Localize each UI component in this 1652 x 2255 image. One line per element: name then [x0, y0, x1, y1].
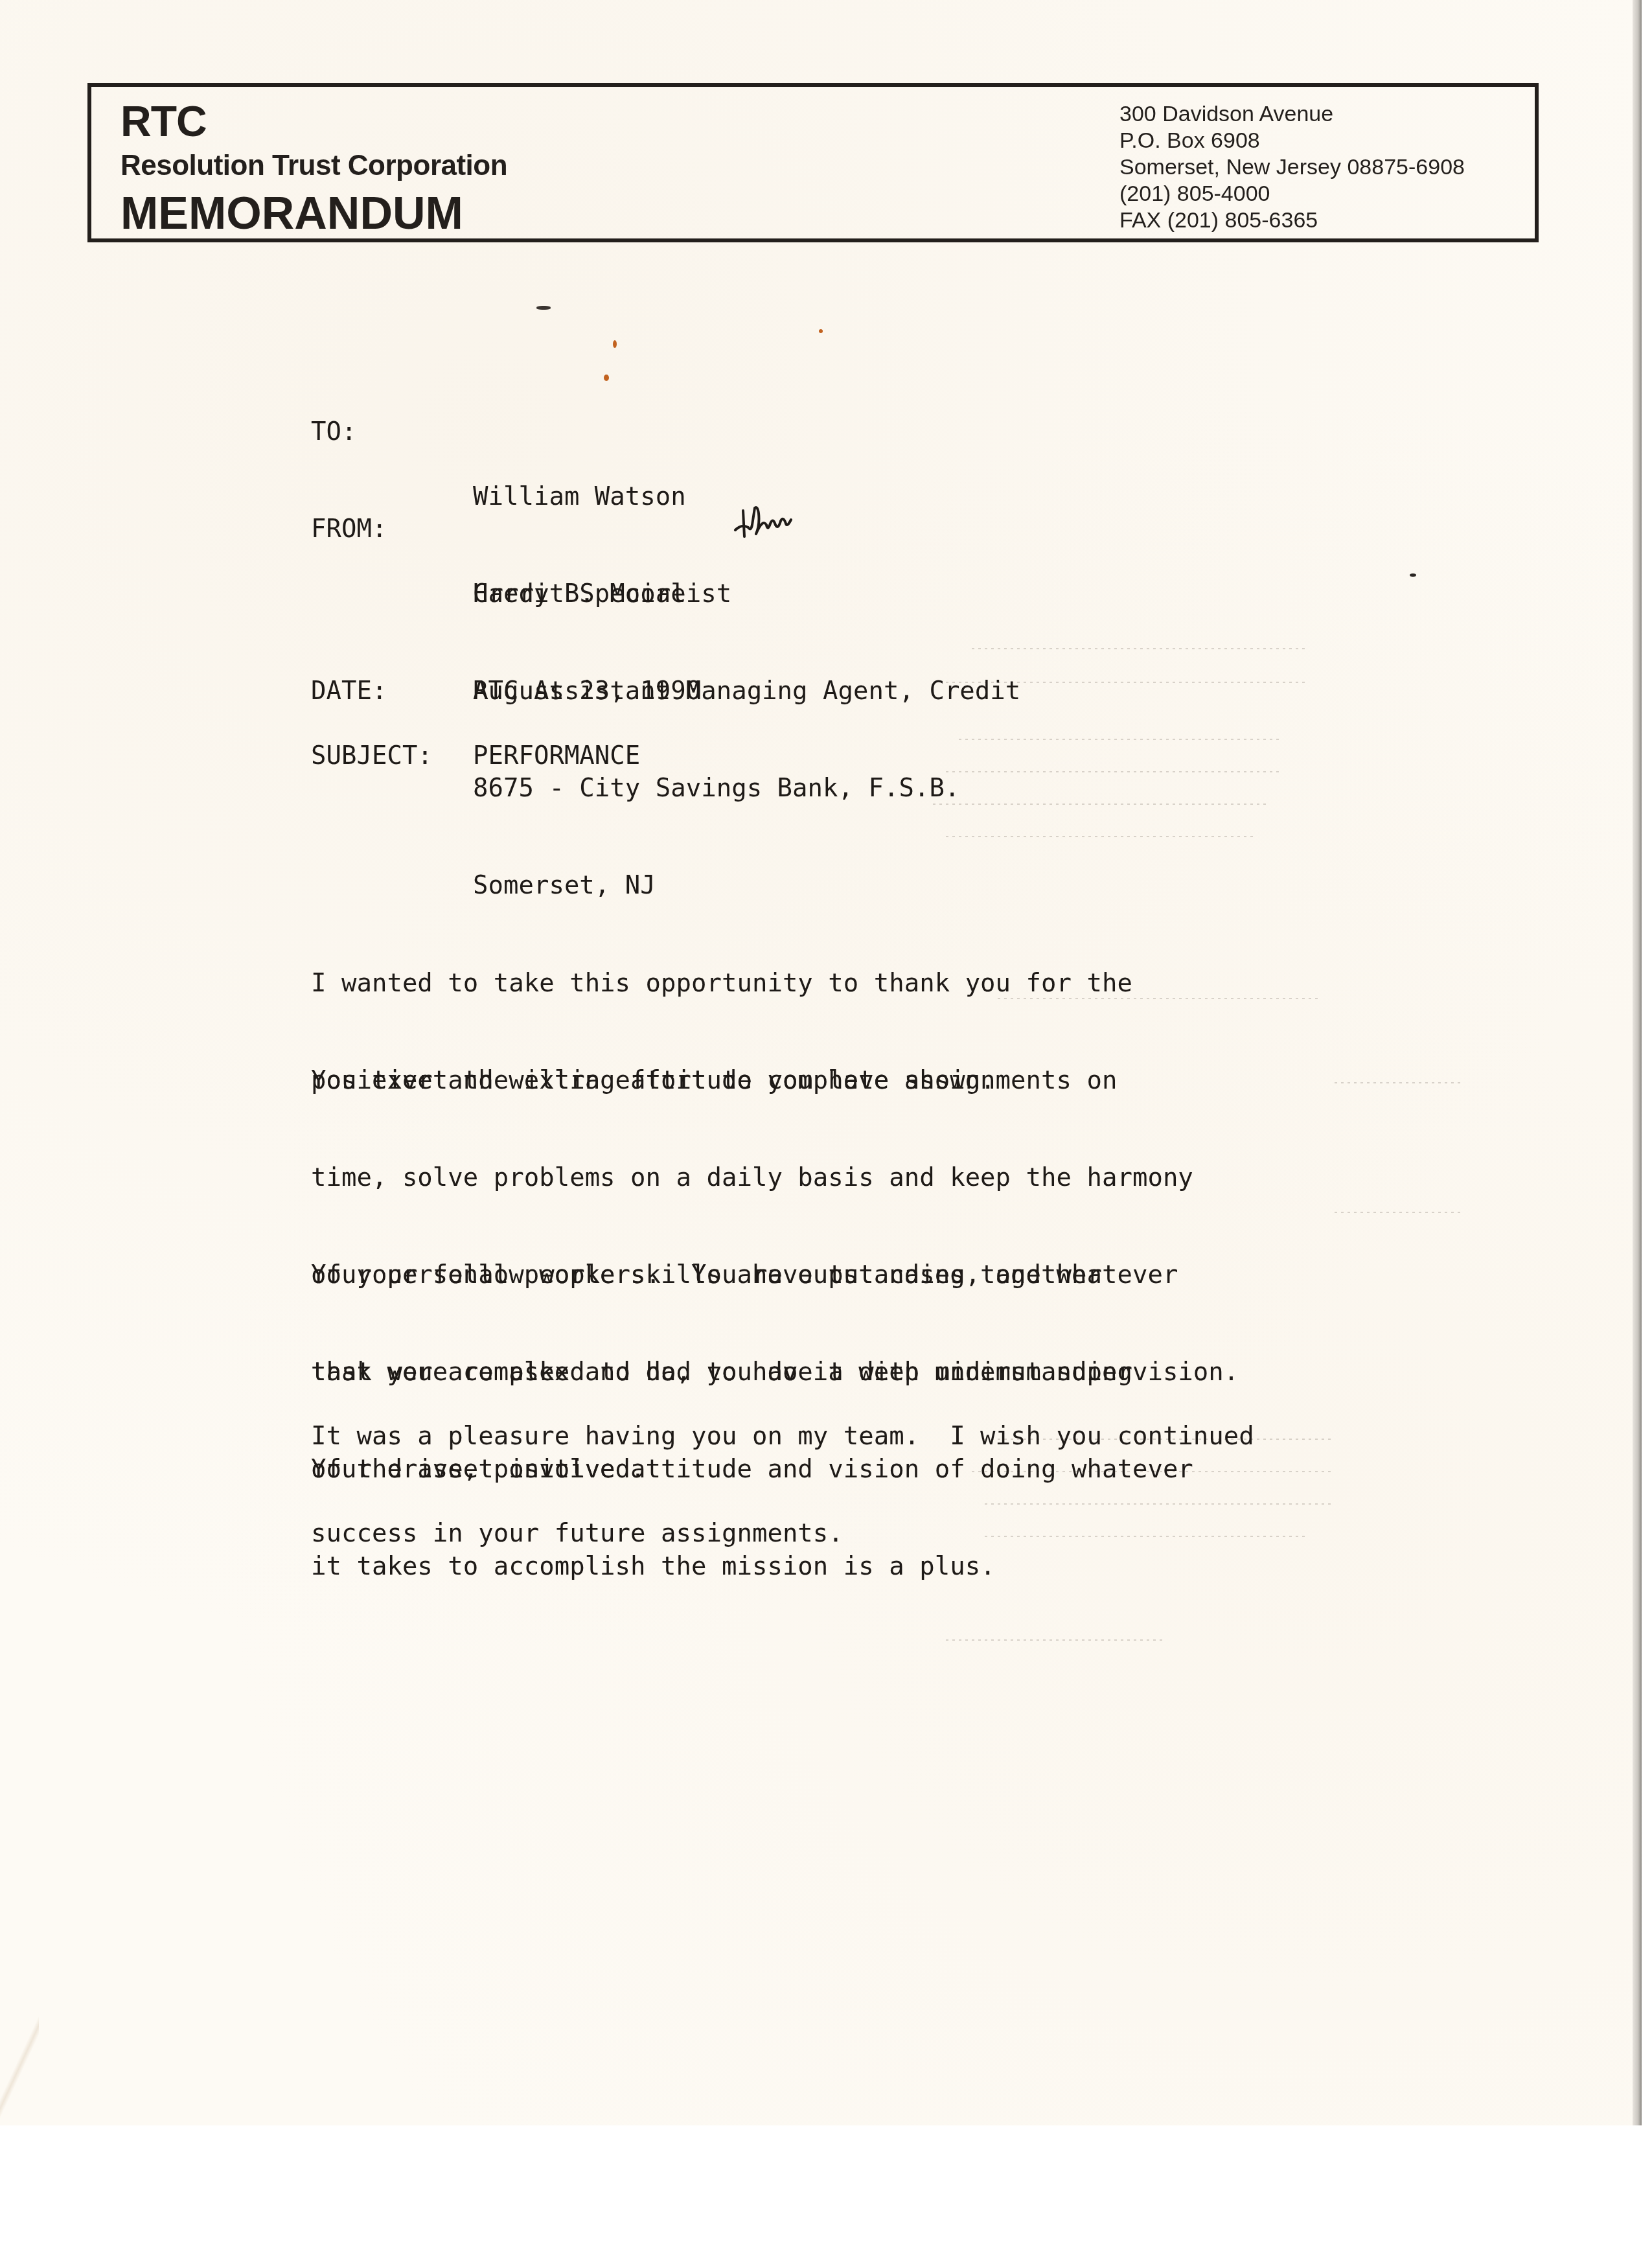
address-fax: FAX (201) 805-6365 — [1119, 207, 1465, 234]
sender-location: Somerset, NJ — [473, 870, 1020, 902]
organization-name: Resolution Trust Corporation — [120, 152, 507, 180]
rust-speck — [613, 340, 617, 348]
rust-speck — [819, 329, 823, 333]
body-line: You exert the extra effort to complete a… — [311, 1065, 1193, 1097]
subject-label: SUBJECT: — [311, 740, 433, 772]
show-through-text — [1335, 1212, 1464, 1213]
subject-value: PERFORMANCE — [473, 740, 640, 772]
body-line: It was a pleasure having you on my team.… — [311, 1420, 1254, 1453]
organization-abbreviation: RTC — [120, 100, 207, 143]
ink-speck — [536, 306, 551, 310]
body-paragraph-4: It was a pleasure having you on my team.… — [311, 1356, 1254, 1615]
address-po-box: P.O. Box 6908 — [1119, 128, 1465, 154]
from-label: FROM: — [311, 513, 387, 546]
recipient-name: William Watson — [473, 481, 731, 513]
address-city-state-zip: Somerset, New Jersey 08875-6908 — [1119, 154, 1465, 181]
scanner-page-edge — [1633, 0, 1642, 2125]
body-line: I wanted to take this opportunity to tha… — [311, 967, 1132, 1000]
organization-address: 300 Davidson Avenue P.O. Box 6908 Somers… — [1119, 101, 1465, 234]
address-phone: (201) 805-4000 — [1119, 181, 1465, 207]
date-label: DATE: — [311, 675, 387, 708]
sender-name: Harry B. Moore — [473, 578, 1020, 610]
show-through-text — [972, 648, 1309, 649]
body-line: time, solve problems on a daily basis an… — [311, 1162, 1193, 1194]
body-line: success in your future assignments. — [311, 1518, 1254, 1550]
show-through-text — [1335, 1082, 1464, 1083]
date-value: August 23, 1990 — [473, 675, 701, 708]
address-street: 300 Davidson Avenue — [1119, 101, 1465, 128]
sender-institution: 8675 - City Savings Bank, F.S.B. — [473, 772, 1020, 805]
body-line: Your personal people skills are outstand… — [311, 1259, 1239, 1291]
rust-speck — [604, 375, 609, 381]
to-label: TO: — [311, 416, 356, 448]
document-type-title: MEMORANDUM — [120, 191, 463, 236]
letterhead-box: RTC Resolution Trust Corporation MEMORAN… — [87, 83, 1539, 242]
handwritten-initials-signature — [729, 505, 800, 538]
paper-crease — [0, 2009, 39, 2125]
ink-speck — [1410, 573, 1416, 577]
